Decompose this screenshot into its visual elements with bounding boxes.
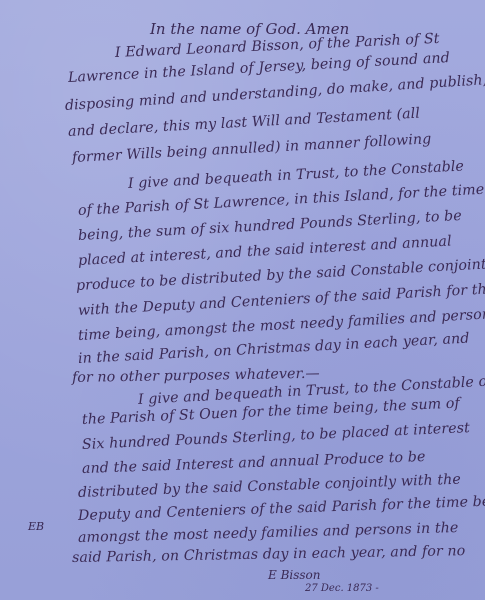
text-line: said Parish, on Christmas day in each ye…	[72, 543, 466, 566]
text-line: and the said Interest and annual Produce…	[82, 449, 426, 477]
text-line: amongst the most needy families and pers…	[78, 520, 459, 546]
text-line: for no other purposes whatever.—	[72, 366, 320, 386]
margin-initials: EB	[28, 520, 44, 533]
signature: E Bisson	[268, 568, 321, 582]
signature-date: 27 Dec. 1873 -	[305, 583, 379, 594]
manuscript-page: In the name of God. Amen I Edward Leonar…	[0, 0, 485, 600]
